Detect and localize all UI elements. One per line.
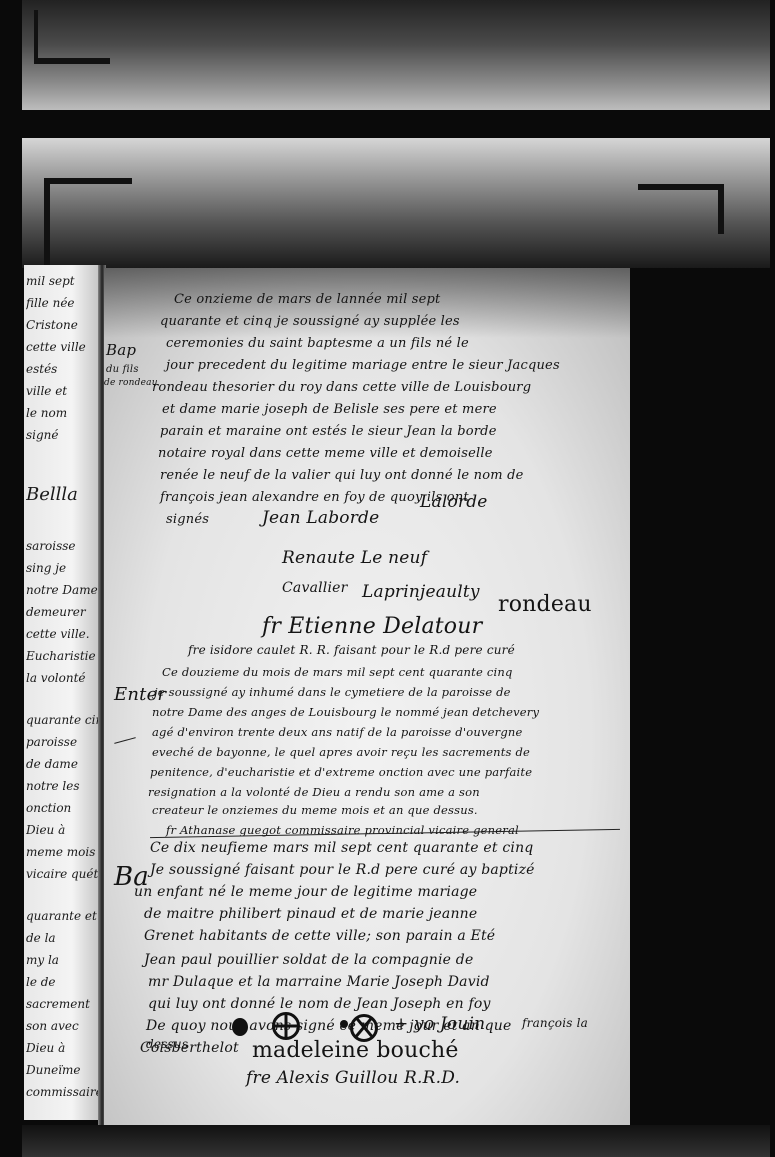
entry-line: penitence, d'eucharistie et d'extreme on… xyxy=(150,762,532,782)
left-line: notre Dame xyxy=(26,579,98,601)
left-line: quarante cinq xyxy=(26,709,98,731)
left-line: commissaire xyxy=(26,1081,98,1103)
left-line: my la xyxy=(26,949,98,971)
entry-line: jour precedent du legitime mariage entre… xyxy=(166,356,560,376)
cross-mark-icon xyxy=(272,1012,300,1040)
entry-line: notaire royal dans cette meme ville et d… xyxy=(158,444,493,464)
entry-line: createur le onziemes du meme mois et an … xyxy=(152,800,478,820)
left-line: Cristone xyxy=(26,314,98,336)
ink-blot-mark xyxy=(340,1020,348,1028)
left-line: notre les xyxy=(26,775,98,797)
left-line: paroisse xyxy=(26,731,98,753)
film-strip-bottom xyxy=(22,1125,770,1157)
ink-blot-mark xyxy=(232,1018,248,1036)
left-line: son avec xyxy=(26,1015,98,1037)
entry-line: Ce douzieme du mois de mars mil sept cen… xyxy=(162,662,513,682)
left-line: vicaire quét xyxy=(26,863,98,885)
film-clip xyxy=(44,178,50,273)
signature: Jean Laborde xyxy=(262,508,379,528)
margin-note: du fils xyxy=(106,364,139,376)
left-line: quarante et xyxy=(26,905,98,927)
entry-line: ceremonies du saint baptesme a un fils n… xyxy=(166,334,469,354)
entry-line: mr Dulaque et la marraine Marie Joseph D… xyxy=(148,972,490,992)
left-line: Eucharistie xyxy=(26,645,98,667)
entry-line: Je soussigné faisant pour le R.d pere cu… xyxy=(150,860,535,880)
entry-line: rondeau thesorier du roy dans cette vill… xyxy=(152,378,531,398)
entry-line: Jean paul pouillier soldat de la compagn… xyxy=(144,950,473,970)
entry-line: eveché de bayonne, le quel apres avoir r… xyxy=(152,742,530,762)
left-line: le nom xyxy=(26,402,98,424)
film-clip xyxy=(44,178,132,184)
left-line: onction xyxy=(26,797,98,819)
entry-line: Ce onzieme de mars de lannée mil sept xyxy=(174,290,440,310)
left-line: de dame xyxy=(26,753,98,775)
signature: Laprinjeaulty xyxy=(362,582,480,602)
film-clip xyxy=(34,10,38,62)
left-line: ville et xyxy=(26,380,98,402)
entry-line: signés xyxy=(166,510,209,530)
signature: fre Alexis Guillou R.R.D. xyxy=(246,1068,460,1088)
signature: + yo Jouin xyxy=(394,1014,485,1034)
left-line: estés xyxy=(26,358,98,380)
margin-note: Bap xyxy=(106,344,136,356)
signature: fre isidore caulet R. R. faisant pour le… xyxy=(188,640,515,660)
left-line: signé xyxy=(26,424,98,446)
entry-line: Grenet habitants de cette ville; son par… xyxy=(144,926,495,946)
left-line: de la xyxy=(26,927,98,949)
entry-line: et dame marie joseph de Belisle ses pere… xyxy=(162,400,497,420)
signature: rondeau xyxy=(498,592,592,617)
left-line: Dieu à xyxy=(26,1037,98,1059)
entry-line: je soussigné ay inhumé dans le cymetiere… xyxy=(154,682,511,702)
left-line: cette ville. xyxy=(26,623,98,645)
signature: Coisberthelot xyxy=(140,1040,239,1056)
film-strip-middle xyxy=(22,138,770,268)
signature: Cavallier xyxy=(282,580,348,596)
margin-note: de rondeau xyxy=(104,377,158,389)
entry-line: qui luy ont donné le nom de Jean Joseph … xyxy=(148,994,491,1014)
entry-line: notre Dame des anges de Louisbourg le no… xyxy=(152,702,539,722)
left-line: sing je xyxy=(26,557,98,579)
signature: madeleine bouché xyxy=(252,1038,459,1063)
left-line: saroisse xyxy=(26,535,98,557)
left-line: fille née xyxy=(26,292,98,314)
left-line: Dieu à xyxy=(26,819,98,841)
film-clip xyxy=(34,58,110,64)
film-strip-top xyxy=(22,0,770,110)
entry-line: renée le neuf de la valier qui luy ont d… xyxy=(160,466,524,486)
entry-line: de maitre philibert pinaud et de marie j… xyxy=(144,904,477,924)
signature: Lalorde xyxy=(420,492,488,512)
left-line: sacrement xyxy=(26,993,98,1015)
signature: fr Etienne Delatour xyxy=(262,614,482,639)
left-line: cette ville xyxy=(26,336,98,358)
left-line: Duneïme xyxy=(26,1059,98,1081)
signature: françois la xyxy=(522,1016,588,1030)
left-line: la volonté xyxy=(26,667,98,689)
film-clip xyxy=(638,184,724,190)
signature: Renaute Le neuf xyxy=(282,548,427,568)
entry-line: quarante et cinq je soussigné ay supplée… xyxy=(160,312,460,332)
entry-line: Ce dix neufieme mars mil sept cent quara… xyxy=(150,838,533,858)
signature: fr Athanase guegot commissaire provincia… xyxy=(166,820,519,840)
left-line: demeurer xyxy=(26,601,98,623)
left-line: mil sept xyxy=(26,270,98,292)
entry-line: agé d'environ trente deux ans natif de l… xyxy=(152,722,523,742)
left-line: meme mois xyxy=(26,841,98,863)
entry-line: resignation a la volonté de Dieu a rendu… xyxy=(148,782,480,802)
entry-line: un enfant né le meme jour de legitime ma… xyxy=(134,882,477,902)
entry-line: parain et maraine ont estés le sieur Jea… xyxy=(160,422,497,442)
left-signature: Bellla xyxy=(26,484,98,506)
film-clip xyxy=(718,184,724,234)
left-line: le de xyxy=(26,971,98,993)
